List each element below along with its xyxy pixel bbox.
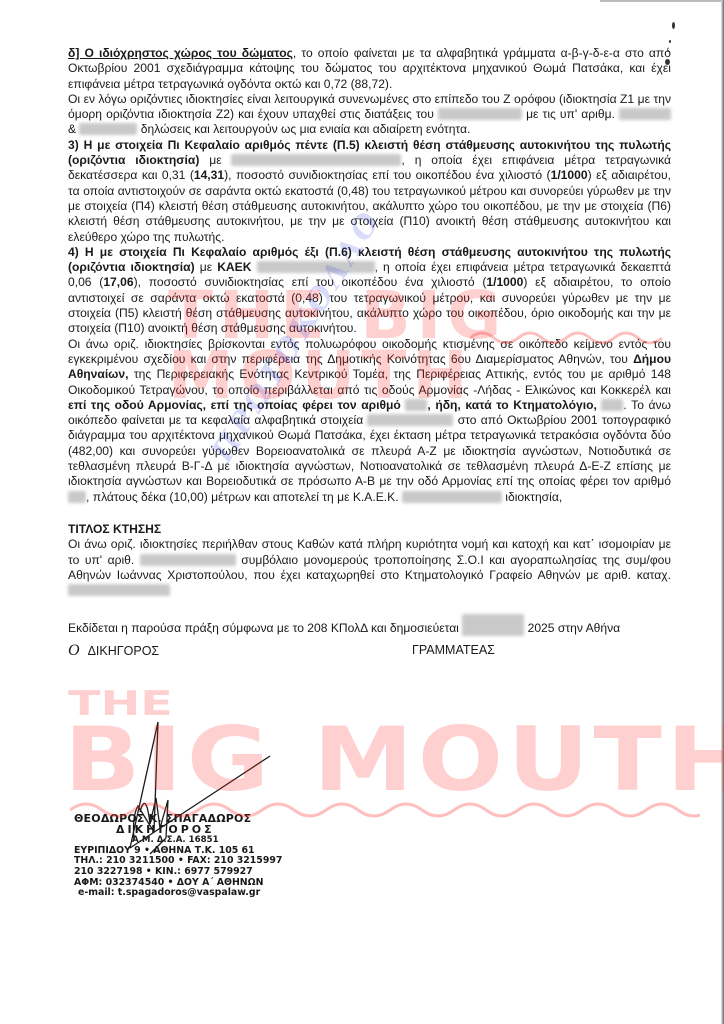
document-body: δ] Ο ιδιόχρηστος χώρος του δώματος, το ο… — [68, 46, 671, 707]
paragraph-issuance: Εκδίδεται η παρούσα πράξη σύμφωνα με το … — [68, 614, 671, 636]
redacted-field — [438, 108, 522, 120]
redacted-field — [68, 584, 170, 596]
redacted-date — [462, 614, 524, 636]
redacted-field — [601, 399, 623, 411]
scan-edge-top — [600, 0, 724, 2]
paragraph-building-location: Οι άνω οριζ. ιδιοκτησίες βρίσκονται εντό… — [68, 337, 671, 505]
paragraph-title-of-ownership: Οι άνω οριζ. ιδιοκτησίες περιήλθαν στους… — [68, 537, 671, 598]
paragraph-roof-space: δ] Ο ιδιόχρηστος χώρος του δώματος, το ο… — [68, 46, 671, 92]
lawyer-stamp: ΘΕΟΔΩΡΟΣ Κ. ΣΠΑΓΑΔΩΡΟΣ ΔΙΚΗΓΟΡΟΣ Α.Μ. Δ.… — [74, 814, 274, 899]
secretary-signature-label: ΓΡΑΜΜΑΤΕΑΣ — [412, 643, 495, 658]
lawyer-signature-label: ΟΔΙΚΗΓΟΡΟΣ — [68, 643, 159, 659]
title-of-ownership-heading: ΤΙΤΛΟΣ ΚΤΗΣΗΣ — [68, 522, 671, 537]
redacted-field — [402, 491, 502, 503]
paragraph-parking-p6: 4) Η με στοιχεία Πι Κεφαλαίο αριθμός έξι… — [68, 245, 671, 337]
redacted-field — [367, 414, 453, 426]
redacted-field — [68, 491, 86, 503]
redacted-field — [231, 154, 401, 166]
roof-space-heading: δ] Ο ιδιόχρηστος χώρος του δώματος — [68, 46, 293, 60]
paragraph-parking-p5: 3) Η με στοιχεία Πι Κεφαλαίο αριθμός πέν… — [68, 138, 671, 245]
redacted-field — [619, 108, 671, 120]
redacted-field — [257, 261, 375, 273]
signature-row: ΟΔΙΚΗΓΟΡΟΣ ΓΡΑΜΜΑΤΕΑΣ — [68, 637, 671, 707]
watermark-wave — [70, 796, 700, 820]
paragraph-unified-properties: Οι εν λόγω οριζόντιες ιδιοκτησίες είναι … — [68, 92, 671, 138]
redacted-field — [405, 399, 427, 411]
stamp-email: e-mail: t.spagadoros@vaspalaw.gr — [74, 888, 274, 899]
redacted-field — [140, 554, 236, 566]
redacted-field — [79, 123, 137, 135]
